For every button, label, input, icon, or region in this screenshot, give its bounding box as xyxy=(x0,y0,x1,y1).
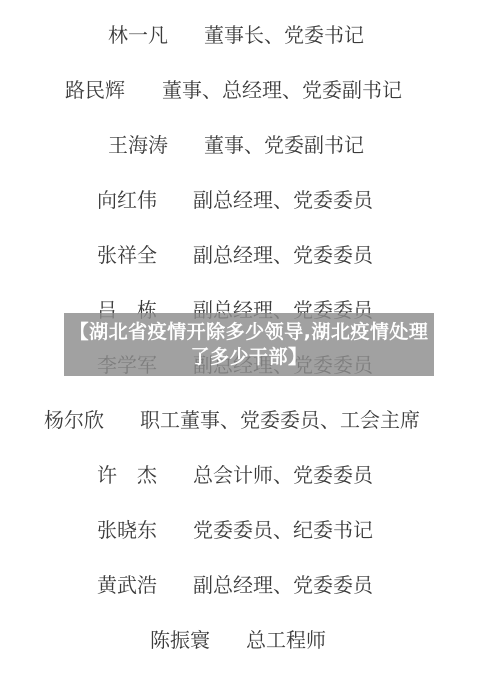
caption-overlay: 【湖北省疫情开除多少领导,湖北疫情处理了多少干部】 xyxy=(64,313,434,376)
roster-row: 林一凡董事长、党委书记 xyxy=(0,22,500,48)
person-name: 王海涛 xyxy=(108,132,168,158)
person-title: 副总经理、党委委员 xyxy=(193,572,373,598)
person-title: 董事、总经理、党委副书记 xyxy=(162,77,402,103)
person-name: 向红伟 xyxy=(97,187,157,213)
roster-row: 陈振寰总工程师 xyxy=(0,627,500,653)
person-title: 职工董事、党委委员、工会主席 xyxy=(140,407,420,433)
person-name: 杨尔欣 xyxy=(44,407,104,433)
roster-row: 杨尔欣职工董事、党委委员、工会主席 xyxy=(0,407,500,433)
person-title: 副总经理、党委委员 xyxy=(193,242,373,268)
person-name: 路民辉 xyxy=(65,77,125,103)
roster-row: 张晓东党委委员、纪委书记 xyxy=(0,517,500,543)
roster-row: 向红伟副总经理、党委委员 xyxy=(0,187,500,213)
person-name: 张祥全 xyxy=(97,242,157,268)
roster-row: 许 杰总会计师、党委委员 xyxy=(0,462,500,488)
person-name: 林一凡 xyxy=(108,22,168,48)
roster-row: 王海涛董事、党委副书记 xyxy=(0,132,500,158)
person-title: 总会计师、党委委员 xyxy=(193,462,373,488)
person-name: 许 杰 xyxy=(97,462,157,488)
roster-row: 黄武浩副总经理、党委委员 xyxy=(0,572,500,598)
person-name: 陈振寰 xyxy=(150,627,210,653)
person-title: 董事、党委副书记 xyxy=(204,132,364,158)
person-title: 总工程师 xyxy=(246,627,326,653)
roster-row: 路民辉董事、总经理、党委副书记 xyxy=(0,77,500,103)
person-title: 副总经理、党委委员 xyxy=(193,187,373,213)
person-name: 张晓东 xyxy=(97,517,157,543)
person-name: 黄武浩 xyxy=(97,572,157,598)
caption-text: 【湖北省疫情开除多少领导,湖北疫情处理了多少干部】 xyxy=(69,320,429,370)
roster-row: 张祥全副总经理、党委委员 xyxy=(0,242,500,268)
person-title: 党委委员、纪委书记 xyxy=(193,517,373,543)
person-title: 董事长、党委书记 xyxy=(204,22,364,48)
